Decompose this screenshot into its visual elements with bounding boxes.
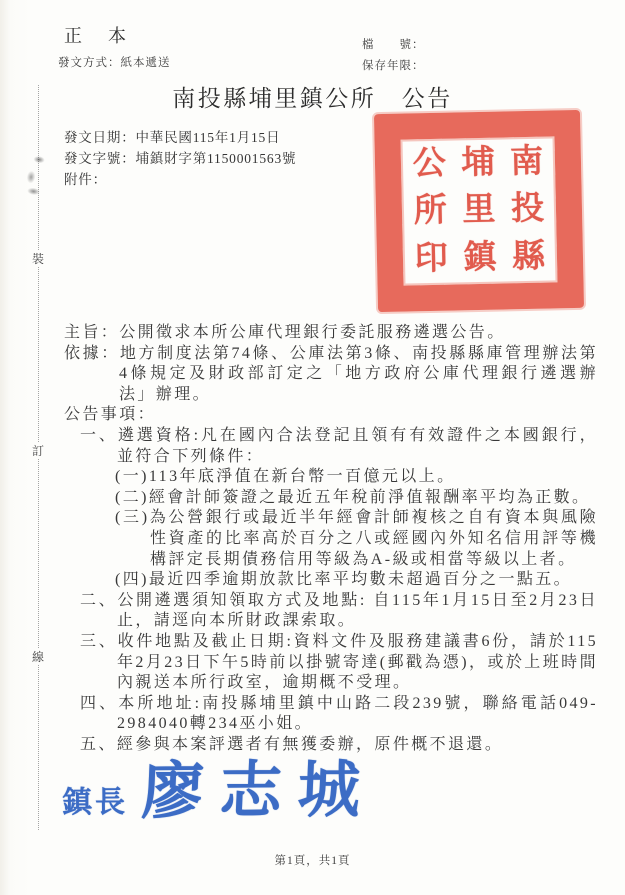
item-text: 本所地址:南投縣埔里鎮中山路二段239號，聯絡電話049-2984040轉234… — [117, 695, 598, 733]
mayor-signature-stamp: 鎮長 廖志城 — [62, 757, 377, 850]
document-title: 南投縣埔里鎮公所 公告 — [0, 80, 625, 113]
seal-column: 埔 里 鎮 — [453, 140, 505, 283]
subitem-text: 經會計師簽證之最近五年稅前淨值報酬率平均為正數。 — [149, 489, 591, 506]
attachment-label: 附件： — [64, 168, 107, 188]
seal-char: 所 — [413, 192, 447, 232]
item-number: 四、 — [80, 695, 118, 712]
item-text: 收件地點及截止日期:資料文件及服務建議書6份，請於115年2月23日下午5時前以… — [117, 633, 598, 691]
retention-period-label: 保存年限： — [362, 57, 425, 73]
seal-char: 南 — [510, 143, 544, 183]
subitem-number: (三) — [115, 509, 149, 526]
signature-name: 廖志城 — [140, 757, 377, 827]
seal-column: 南 投 縣 — [502, 138, 554, 281]
subitem-number: (一) — [115, 468, 149, 485]
item-text: 公開遴選須知領取方式及地點: 自115年1月15日至2月23日止，請逕向本所財政… — [117, 592, 598, 630]
seal-char: 印 — [414, 239, 448, 279]
announcement-subitem-1-4: (四)最近四季逾期放款比率平均數未超過百分之一點五。 — [64, 570, 598, 591]
announcement-subitem-1-2: (二)經會計師簽證之最近五年稅前淨值報酬率平均為正數。 — [64, 488, 598, 509]
official-announcement-document: 正 本 發文方式：紙本遞送 檔 號： 保存年限： 南投縣埔里鎮公所 公告 發文日… — [0, 0, 625, 895]
binding-mark-top: 裝 — [31, 250, 45, 267]
file-number-label: 檔 號： — [362, 36, 425, 52]
announcement-subitem-1-1: (一)113年底淨值在新台幣一百億元以上。 — [64, 467, 598, 488]
basis-label: 依據： — [64, 345, 120, 362]
delivery-method-label: 發文方式：紙本遞送 — [58, 54, 171, 70]
page-footer: 第1頁，共1頁 — [0, 852, 625, 868]
seal-char: 鎮 — [463, 238, 497, 278]
basis-line: 依據：地方制度法第74條、公庫法第3條、南投縣縣庫管理辦法第4條規定及財政部訂定… — [64, 344, 598, 406]
subitem-number: (四) — [115, 571, 149, 588]
announcement-item-2: 二、公開遴選須知領取方式及地點: 自115年1月15日至2月23日止，請逕向本所… — [64, 591, 598, 632]
seal-column: 公 所 印 — [405, 141, 457, 284]
scan-artifact — [21, 149, 49, 198]
official-seal: 南 投 縣 埔 里 鎮 公 所 印 — [374, 110, 584, 312]
basis-text: 地方制度法第74條、公庫法第3條、南投縣縣庫管理辦法第4條規定及財政部訂定之「地… — [119, 345, 598, 403]
item-text: 經參與本案評選者有無獲委辦，原件概不退還。 — [117, 736, 503, 753]
seal-char: 公 — [412, 145, 446, 185]
item-number: 二、 — [80, 592, 117, 609]
announcement-item-5: 五、經參與本案評選者有無獲委辦，原件概不退還。 — [64, 735, 598, 756]
subject-label: 主旨： — [64, 324, 119, 341]
seal-char: 里 — [462, 191, 496, 231]
binding-mark-bottom: 線 — [31, 648, 45, 665]
issue-number: 發文字號：埔鎮財字第1150001563號 — [64, 147, 296, 167]
seal-char: 縣 — [512, 237, 546, 277]
subitem-text: 最近四季逾期放款比率平均數未超過百分之一點五。 — [149, 571, 572, 588]
binding-mark-middle: 訂 — [31, 442, 45, 459]
subitem-text: 113年底淨值在新台幣一百億元以上。 — [149, 468, 456, 485]
item-number: 一、 — [80, 427, 118, 444]
signature-title: 鎮長 — [62, 777, 128, 822]
item-number: 五、 — [80, 736, 117, 753]
announcement-item-1: 一、遴選資格:凡在國內合法登記且領有有效證件之本國銀行，並符合下列條件： — [64, 426, 598, 467]
section-header: 公告事項： — [64, 405, 598, 426]
item-number: 三、 — [80, 633, 118, 650]
seal-char: 埔 — [461, 144, 495, 184]
announcement-item-3: 三、收件地點及截止日期:資料文件及服務建議書6份，請於115年2月23日下午5時… — [64, 632, 598, 694]
subject-line: 主旨：公開徵求本所公庫代理銀行委託服務遴選公告。 — [64, 323, 598, 344]
subject-text: 公開徵求本所公庫代理銀行委託服務遴選公告。 — [119, 324, 505, 341]
issue-date: 發文日期：中華民國115年1月15日 — [64, 126, 280, 146]
seal-char: 投 — [511, 190, 545, 230]
announcement-body: 主旨：公開徵求本所公庫代理銀行委託服務遴選公告。 依據：地方制度法第74條、公庫… — [64, 323, 598, 755]
announcement-item-4: 四、本所地址:南投縣埔里鎮中山路二段239號，聯絡電話049-2984040轉2… — [64, 694, 598, 735]
announcement-subitem-1-3: (三)為公營銀行或最近半年經會計師複核之自有資本與風險性資產的比率高於百分之八或… — [64, 508, 598, 570]
item-text: 遴選資格:凡在國內合法登記且領有有效證件之本國銀行，並符合下列條件： — [117, 427, 598, 465]
subitem-number: (二) — [115, 489, 149, 506]
copy-type-label: 正 本 — [64, 22, 130, 48]
subitem-text: 為公營銀行或最近半年經會計師複核之自有資本與風險性資產的比率高於百分之八或經國內… — [149, 509, 598, 567]
